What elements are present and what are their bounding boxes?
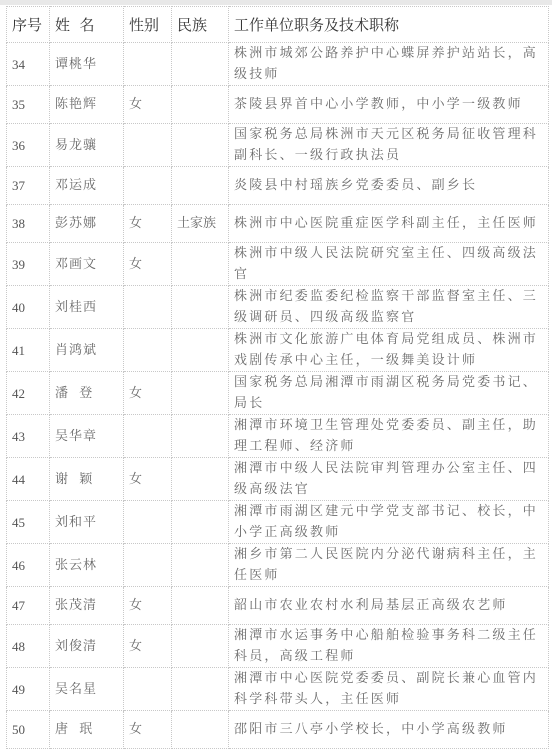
cell-ethnicity — [172, 286, 229, 329]
cell-name: 唐 珉 — [50, 711, 124, 749]
cell-name: 谭桃华 — [50, 43, 124, 86]
cell-gender — [124, 668, 172, 711]
cell-gender — [124, 415, 172, 458]
table-row: 43吴华章湘潭市环境卫生管理处党委委员、副主任，助理工程师、经济师 — [7, 415, 549, 458]
cell-name: 彭苏娜 — [50, 205, 124, 243]
cell-ethnicity — [172, 243, 229, 286]
cell-index: 46 — [7, 544, 50, 587]
cell-position: 湘潭市水运事务中心船舶检验事务科二级主任科员，高级工程师 — [229, 625, 549, 668]
cell-name: 潘 登 — [50, 372, 124, 415]
table-row: 42潘 登女国家税务总局湘潭市雨湖区税务局党委书记、局长 — [7, 372, 549, 415]
cell-index: 41 — [7, 329, 50, 372]
cell-position: 邵阳市三八亭小学校长，中小学高级教师 — [229, 711, 549, 749]
cell-index: 47 — [7, 587, 50, 625]
cell-gender: 女 — [124, 458, 172, 501]
cell-gender: 女 — [124, 625, 172, 668]
cell-gender: 女 — [124, 587, 172, 625]
header-index: 序号 — [7, 7, 50, 43]
cell-position: 株洲市中心医院重症医学科副主任，主任医师 — [229, 205, 549, 243]
cell-name: 邓画文 — [50, 243, 124, 286]
table-row: 47张茂清女韶山市农业农村水利局基层正高级农艺师 — [7, 587, 549, 625]
cell-ethnicity — [172, 167, 229, 205]
cell-gender: 女 — [124, 711, 172, 749]
cell-index: 42 — [7, 372, 50, 415]
cell-gender — [124, 167, 172, 205]
cell-name: 邓运成 — [50, 167, 124, 205]
cell-ethnicity — [172, 668, 229, 711]
cell-ethnicity — [172, 501, 229, 544]
cell-ethnicity — [172, 625, 229, 668]
cell-index: 49 — [7, 668, 50, 711]
cell-ethnicity: 土家族 — [172, 205, 229, 243]
table-row: 38彭苏娜女土家族株洲市中心医院重症医学科副主任，主任医师 — [7, 205, 549, 243]
cell-gender — [124, 43, 172, 86]
cell-index: 48 — [7, 625, 50, 668]
header-row: 序号 姓 名 性别 民族 工作单位职务及技术职称 — [7, 7, 549, 43]
cell-name: 刘和平 — [50, 501, 124, 544]
table-row: 37邓运成炎陵县中村瑶族乡党委委员、副乡长 — [7, 167, 549, 205]
table-row: 50唐 珉女邵阳市三八亭小学校长，中小学高级教师 — [7, 711, 549, 749]
cell-ethnicity — [172, 372, 229, 415]
cell-index: 36 — [7, 124, 50, 167]
cell-gender — [124, 501, 172, 544]
cell-name: 肖鸿斌 — [50, 329, 124, 372]
cell-name: 吴名星 — [50, 668, 124, 711]
cell-index: 40 — [7, 286, 50, 329]
cell-name: 易龙骧 — [50, 124, 124, 167]
cell-index: 37 — [7, 167, 50, 205]
roster-table: 序号 姓 名 性别 民族 工作单位职务及技术职称 34谭桃华株洲市城郊公路养护中… — [6, 6, 549, 749]
cell-gender — [124, 544, 172, 587]
cell-position: 国家税务总局株洲市天元区税务局征收管理科副科长、一级行政执法员 — [229, 124, 549, 167]
cell-position: 湘乡市第二人民医院内分泌代谢病科主任，主任医师 — [229, 544, 549, 587]
table-row: 34谭桃华株洲市城郊公路养护中心蝶屏养护站站长，高级技师 — [7, 43, 549, 86]
cell-position: 湘潭市中心医院党委委员、副院长兼心血管内科学科带头人，主任医师 — [229, 668, 549, 711]
cell-ethnicity — [172, 458, 229, 501]
cell-position: 株洲市文化旅游广电体育局党组成员、株洲市戏剧传承中心主任，一级舞美设计师 — [229, 329, 549, 372]
cell-name: 陈艳辉 — [50, 86, 124, 124]
cell-position: 湘潭市环境卫生管理处党委委员、副主任，助理工程师、经济师 — [229, 415, 549, 458]
cell-ethnicity — [172, 415, 229, 458]
cell-ethnicity — [172, 329, 229, 372]
cell-name: 刘俊清 — [50, 625, 124, 668]
cell-index: 38 — [7, 205, 50, 243]
cell-gender — [124, 329, 172, 372]
cell-position: 株洲市城郊公路养护中心蝶屏养护站站长，高级技师 — [229, 43, 549, 86]
cell-index: 50 — [7, 711, 50, 749]
cell-index: 45 — [7, 501, 50, 544]
cell-gender — [124, 124, 172, 167]
table-row: 39邓画文女株洲市中级人民法院研究室主任、四级高级法官 — [7, 243, 549, 286]
cell-ethnicity — [172, 711, 229, 749]
table-row: 48刘俊清女湘潭市水运事务中心船舶检验事务科二级主任科员，高级工程师 — [7, 625, 549, 668]
cell-ethnicity — [172, 43, 229, 86]
cell-position: 湘潭市中级人民法院审判管理办公室主任、四级高级法官 — [229, 458, 549, 501]
cell-position: 茶陵县界首中心小学教师，中小学一级教师 — [229, 86, 549, 124]
cell-index: 43 — [7, 415, 50, 458]
table-row: 44谢 颖女湘潭市中级人民法院审判管理办公室主任、四级高级法官 — [7, 458, 549, 501]
cell-gender — [124, 286, 172, 329]
header-name: 姓 名 — [50, 7, 124, 43]
cell-name: 谢 颖 — [50, 458, 124, 501]
header-position: 工作单位职务及技术职称 — [229, 7, 549, 43]
table-row: 41肖鸿斌株洲市文化旅游广电体育局党组成员、株洲市戏剧传承中心主任，一级舞美设计… — [7, 329, 549, 372]
cell-ethnicity — [172, 544, 229, 587]
header-ethnicity: 民族 — [172, 7, 229, 43]
table-row: 46张云林湘乡市第二人民医院内分泌代谢病科主任，主任医师 — [7, 544, 549, 587]
cell-index: 44 — [7, 458, 50, 501]
cell-name: 张茂清 — [50, 587, 124, 625]
cell-position: 株洲市纪委监委纪检监察干部监督室主任、三级调研员、四级高级监察官 — [229, 286, 549, 329]
cell-position: 国家税务总局湘潭市雨湖区税务局党委书记、局长 — [229, 372, 549, 415]
cell-position: 炎陵县中村瑶族乡党委委员、副乡长 — [229, 167, 549, 205]
cell-gender: 女 — [124, 86, 172, 124]
cell-ethnicity — [172, 124, 229, 167]
table-row: 35陈艳辉女茶陵县界首中心小学教师，中小学一级教师 — [7, 86, 549, 124]
cell-position: 湘潭市雨湖区建元中学党支部书记、校长，中小学正高级教师 — [229, 501, 549, 544]
cell-name: 刘桂西 — [50, 286, 124, 329]
cell-name: 张云林 — [50, 544, 124, 587]
cell-gender: 女 — [124, 243, 172, 286]
top-edge-shadow — [0, 0, 552, 5]
table-row: 36易龙骧国家税务总局株洲市天元区税务局征收管理科副科长、一级行政执法员 — [7, 124, 549, 167]
cell-index: 34 — [7, 43, 50, 86]
table-row: 45刘和平湘潭市雨湖区建元中学党支部书记、校长，中小学正高级教师 — [7, 501, 549, 544]
cell-index: 35 — [7, 86, 50, 124]
cell-gender: 女 — [124, 205, 172, 243]
header-gender: 性别 — [124, 7, 172, 43]
cell-name: 吴华章 — [50, 415, 124, 458]
cell-position: 株洲市中级人民法院研究室主任、四级高级法官 — [229, 243, 549, 286]
cell-index: 39 — [7, 243, 50, 286]
table-row: 49吴名星湘潭市中心医院党委委员、副院长兼心血管内科学科带头人，主任医师 — [7, 668, 549, 711]
cell-position: 韶山市农业农村水利局基层正高级农艺师 — [229, 587, 549, 625]
cell-ethnicity — [172, 587, 229, 625]
cell-ethnicity — [172, 86, 229, 124]
table-row: 40刘桂西株洲市纪委监委纪检监察干部监督室主任、三级调研员、四级高级监察官 — [7, 286, 549, 329]
cell-gender: 女 — [124, 372, 172, 415]
